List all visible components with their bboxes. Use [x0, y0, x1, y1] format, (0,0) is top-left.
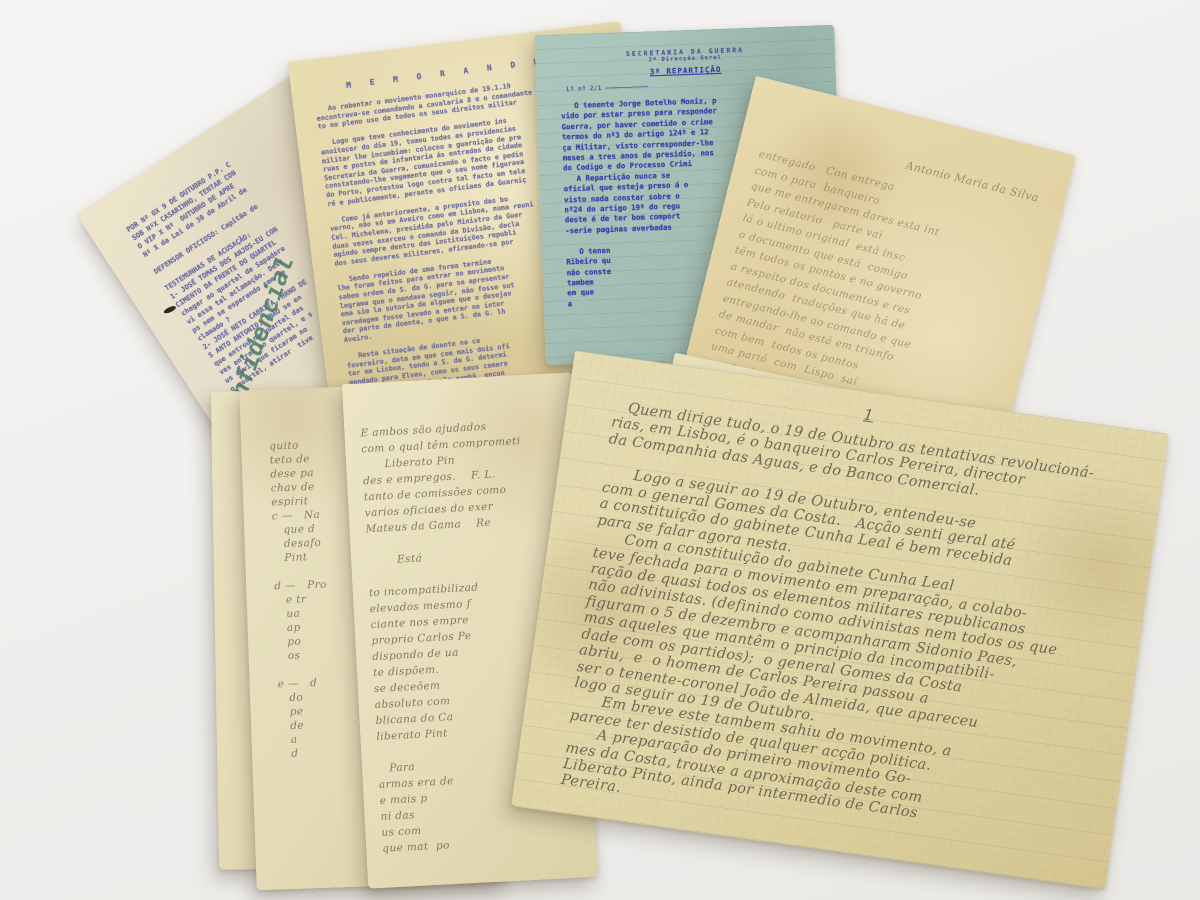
document-front-page: 1 Quem dirige tudo, o 19 de Outubro as t…	[511, 350, 1169, 889]
front-page-text: Quem dirige tudo, o 19 de Outubro as ten…	[514, 382, 1164, 865]
photograph-of-documents: Confidencial POR Nº OX 9 DE OUTUBRO P.P.…	[0, 0, 1200, 900]
